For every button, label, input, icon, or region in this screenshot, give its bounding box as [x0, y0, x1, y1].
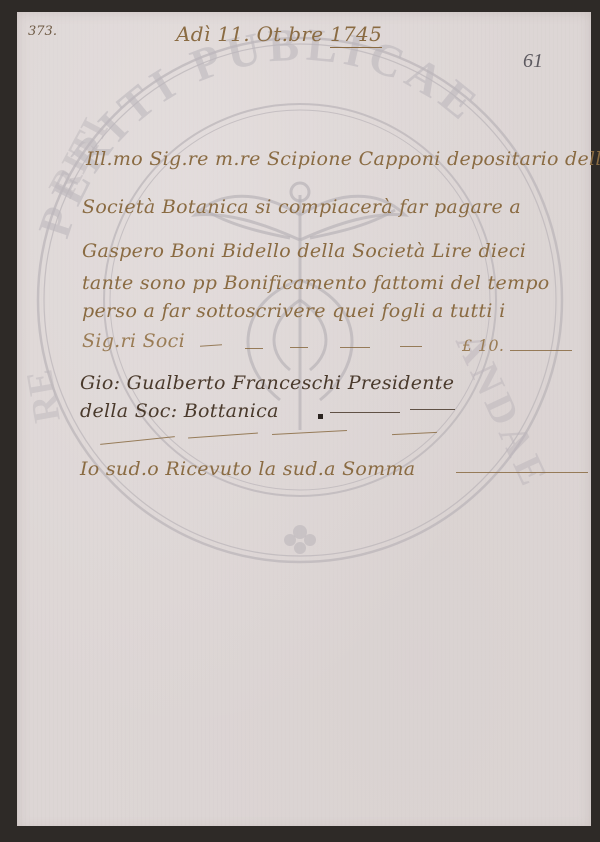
body-line-2: Società Botanica si compiacerà far pagar… [82, 196, 521, 218]
signature-line-1: Gio: Gualberto Franceschi Presidente [80, 372, 454, 394]
receipt-rule [456, 472, 588, 473]
body-line-4: tante sono pp Bonificamento fattomi del … [82, 272, 550, 294]
date-line: Adì 11. Ot.bre 1745 [176, 22, 382, 46]
amount: £ 10. [462, 336, 504, 355]
page-bottom-edge [17, 826, 591, 832]
body-line-5: perso a far sottoscrivere quei fogli a t… [82, 300, 505, 322]
filler-dash [245, 348, 263, 349]
body-line-6: Sig.ri Soci [82, 330, 185, 352]
receipt-line: Io sud.o Ricevuto la sud.a Somma [80, 458, 415, 480]
body-line-3: Gaspero Boni Bidello della Società Lire … [82, 240, 526, 262]
filler-dash [400, 346, 422, 347]
filler-dash [340, 347, 370, 348]
signature-line-2: della Soc: Bottanica [80, 400, 279, 422]
signature-rule [410, 409, 455, 410]
date-prefix: Adì 11. Ot.bre [176, 22, 323, 46]
page-number: 61 [523, 50, 543, 73]
body-line-1: Ill.mo Sig.re m.re Scipione Capponi depo… [86, 148, 600, 170]
ink-dot [318, 414, 323, 419]
signature-rule [330, 412, 400, 413]
filler-dash [290, 347, 308, 348]
folio-number: 373. [28, 24, 57, 39]
date-year: 1745 [330, 22, 382, 48]
scan-frame: PERITI PUBLICAE ANDAE RITI RE [0, 0, 600, 842]
amount-rule [510, 350, 572, 351]
